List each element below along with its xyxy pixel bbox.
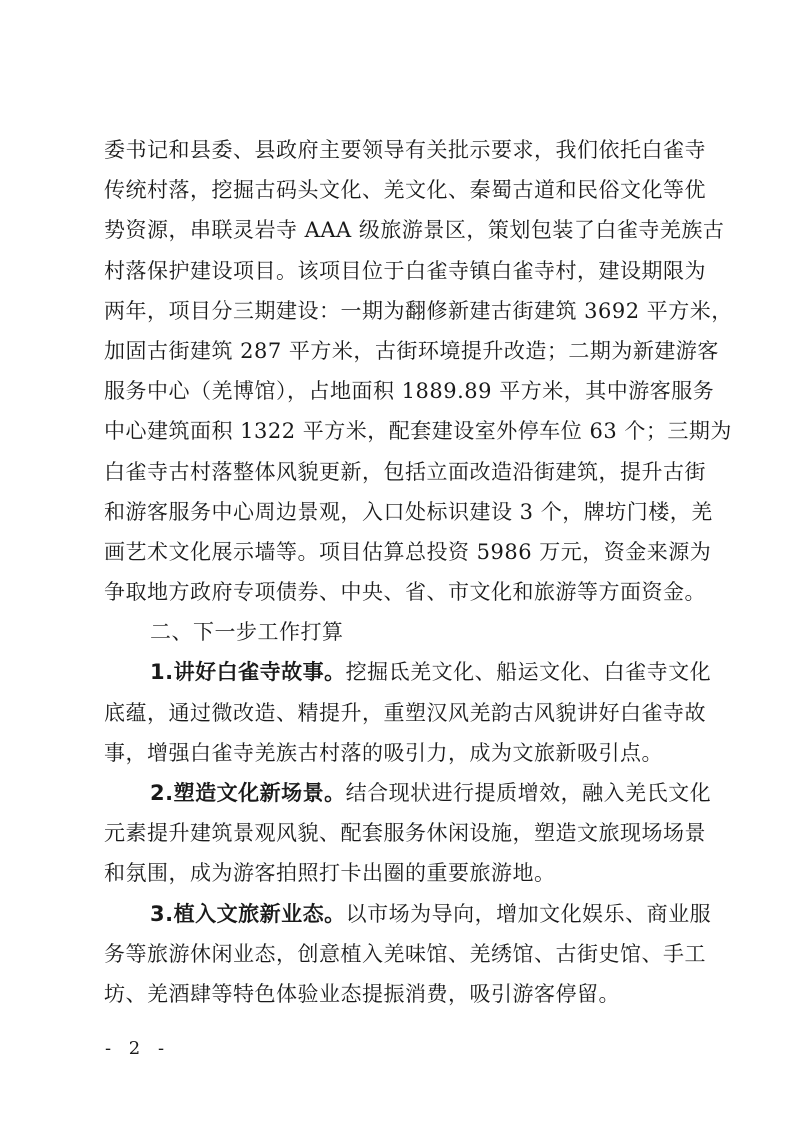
text-line: 势资源，串联灵岩寺 AAA 级旅游景区，策划包装了白雀寺羌族古 bbox=[104, 210, 696, 250]
page-number: - 2 - bbox=[105, 1038, 170, 1059]
text-line: 传统村落，挖掘古码头文化、羌文化、秦蜀古道和民俗文化等优 bbox=[104, 170, 696, 210]
item-first-line: 3.植入文旅新业态。以市场为导向，增加文化娱乐、商业服 bbox=[104, 894, 696, 934]
text-line: 坊、羌酒肆等特色体验业态提振消费，吸引游客停留。 bbox=[104, 974, 696, 1014]
text-line: 元素提升建筑景观风貌、配套服务休闲设施，塑造文旅现场场景 bbox=[104, 813, 696, 853]
section-heading: 二、下一步工作打算 bbox=[104, 612, 696, 652]
item-text: 挖掘氐羌文化、船运文化、白雀寺文化 bbox=[346, 660, 712, 684]
item-new-formats: 3.植入文旅新业态。以市场为导向，增加文化娱乐、商业服 务等旅游休闲业态，创意植… bbox=[104, 894, 696, 1015]
item-first-line: 2.塑造文化新场景。结合现状进行提质增效，融入羌氏文化 bbox=[104, 773, 696, 813]
text-line: 加固古街建筑 287 平方米，古街环境提升改造；二期为新建游客 bbox=[104, 331, 696, 371]
item-new-scenes: 2.塑造文化新场景。结合现状进行提质增效，融入羌氏文化 元素提升建筑景观风貌、配… bbox=[104, 773, 696, 894]
text-line: 底蕴，通过微改造、精提升，重塑汉风羌韵古风貌讲好白雀寺故 bbox=[104, 693, 696, 733]
item-first-line: 1.讲好白雀寺故事。挖掘氐羌文化、船运文化、白雀寺文化 bbox=[104, 652, 696, 692]
text-line: 中心建筑面积 1322 平方米，配套建设室外停车位 63 个；三期为 bbox=[104, 411, 696, 451]
item-text: 结合现状进行提质增效，融入羌氏文化 bbox=[346, 781, 712, 805]
document-page: 委书记和县委、县政府主要领导有关批示要求，我们依托白雀寺 传统村落，挖掘古码头文… bbox=[0, 0, 793, 1122]
document-body: 委书记和县委、县政府主要领导有关批示要求，我们依托白雀寺 传统村落，挖掘古码头文… bbox=[104, 130, 696, 1014]
text-line: 事，增强白雀寺羌族古村落的吸引力，成为文旅新吸引点。 bbox=[104, 733, 696, 773]
text-line: 和游客服务中心周边景观，入口处标识建设 3 个，牌坊门楼，羌 bbox=[104, 492, 696, 532]
item-title: 3.植入文旅新业态。 bbox=[150, 902, 346, 926]
text-line: 和氛围，成为游客拍照打卡出圈的重要旅游地。 bbox=[104, 853, 696, 893]
text-line: 两年，项目分三期建设：一期为翻修新建古街建筑 3692 平方米， bbox=[104, 291, 696, 331]
text-line: 村落保护建设项目。该项目位于白雀寺镇白雀寺村，建设期限为 bbox=[104, 251, 696, 291]
text-line: 画艺术文化展示墙等。项目估算总投资 5986 万元，资金来源为 bbox=[104, 532, 696, 572]
text-line: 争取地方政府专项债券、中央、省、市文化和旅游等方面资金。 bbox=[104, 572, 696, 612]
text-line: 白雀寺古村落整体风貌更新，包括立面改造沿街建筑，提升古街 bbox=[104, 452, 696, 492]
item-title: 2.塑造文化新场景。 bbox=[150, 781, 346, 805]
text-line: 务等旅游休闲业态，创意植入羌味馆、羌绣馆、古街史馆、手工 bbox=[104, 934, 696, 974]
item-tell-story: 1.讲好白雀寺故事。挖掘氐羌文化、船运文化、白雀寺文化 底蕴，通过微改造、精提升… bbox=[104, 652, 696, 773]
paragraph-project-overview: 委书记和县委、县政府主要领导有关批示要求，我们依托白雀寺 传统村落，挖掘古码头文… bbox=[104, 130, 696, 612]
item-title: 1.讲好白雀寺故事。 bbox=[150, 660, 346, 684]
text-line: 服务中心（羌博馆），占地面积 1889.89 平方米，其中游客服务 bbox=[104, 371, 696, 411]
text-line: 委书记和县委、县政府主要领导有关批示要求，我们依托白雀寺 bbox=[104, 130, 696, 170]
item-text: 以市场为导向，增加文化娱乐、商业服 bbox=[346, 902, 712, 926]
